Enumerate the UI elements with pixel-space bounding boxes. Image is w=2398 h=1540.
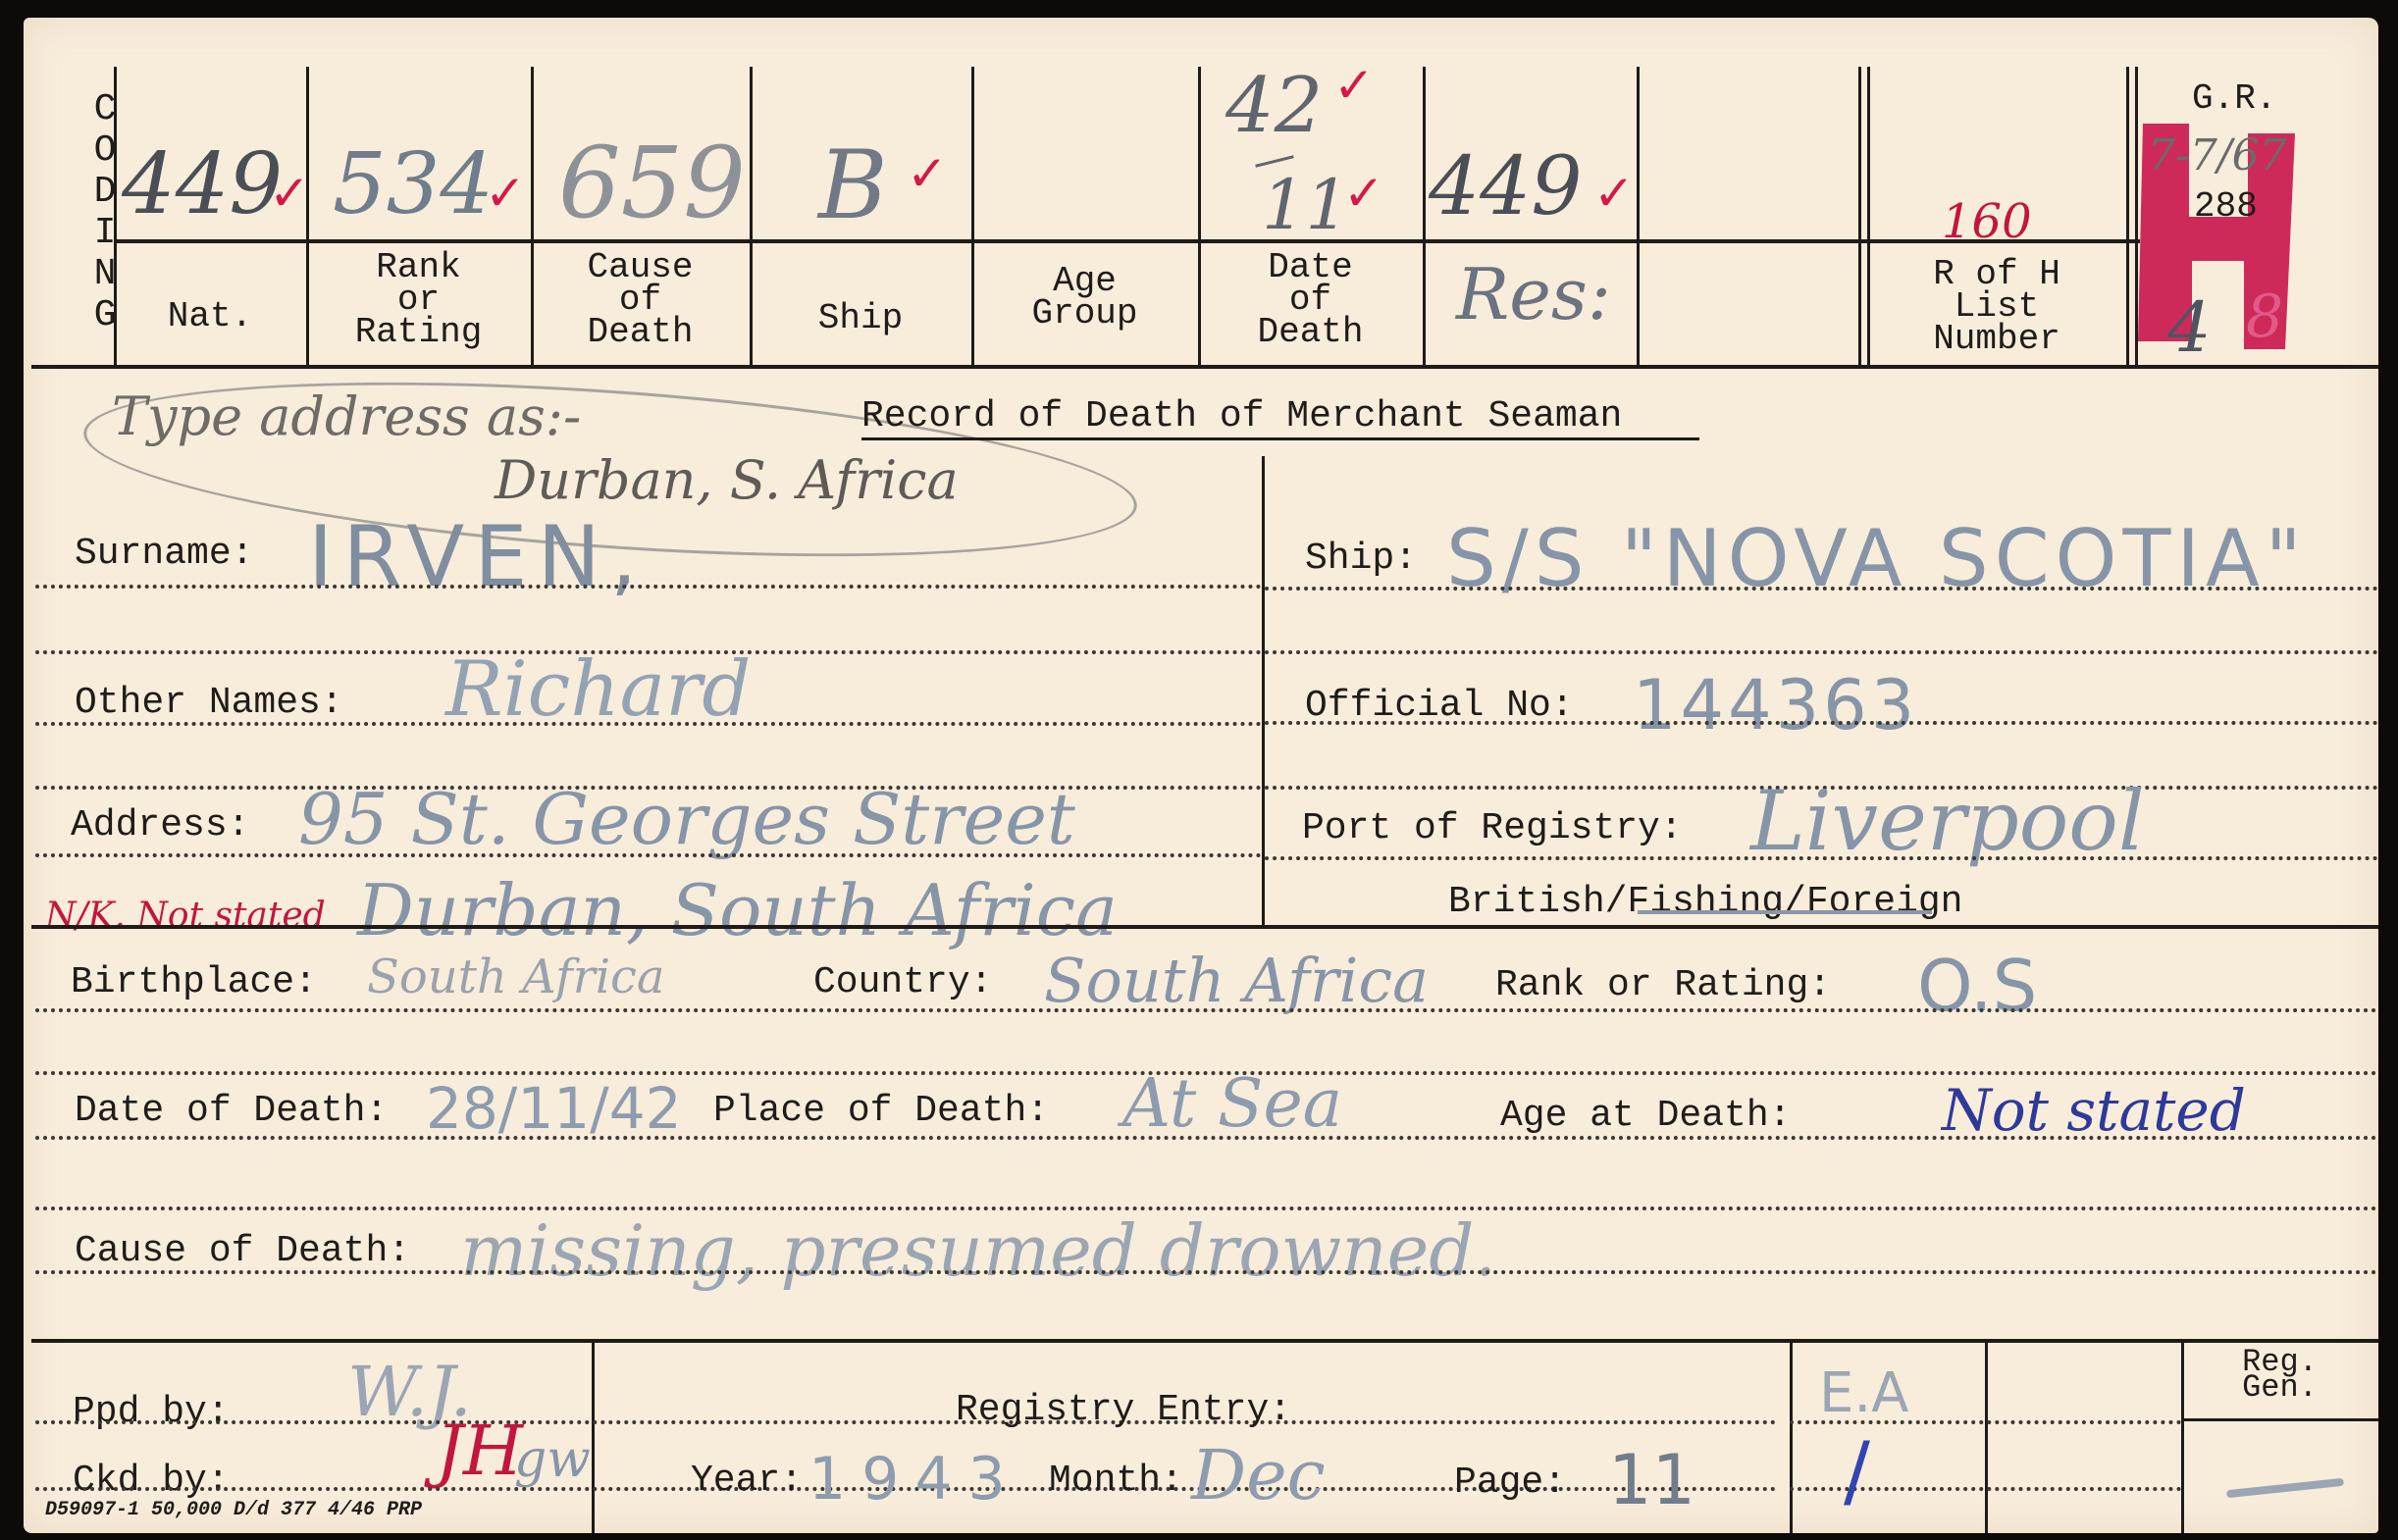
ea-slash: / [1844,1425,1870,1516]
ckd-by-label: Ckd by: [73,1460,230,1502]
address-label: Address: [71,804,249,847]
record-card: C O D I N G 449 ✓ 534 ✓ 659 B ✓ 42 ✓ 11 … [24,18,2378,1533]
coding-divider [1423,67,1426,366]
coding-divider [1637,67,1640,366]
country-value: South Africa [1044,945,1429,1016]
date-of-death-label: Date of Death: [75,1090,388,1132]
rank-or-rating-label: Rank or Rating: [1495,964,1831,1006]
dotted-rule [35,1270,2378,1274]
gr-label: G.R. [2192,78,2276,119]
ppd-by-label: Ppd by: [73,1391,230,1433]
coding-mid-line [114,239,2140,243]
header-nat: Nat. [114,273,306,361]
port-of-registry-value: Liverpool [1750,773,2145,869]
ea-value: E.A [1819,1361,1909,1425]
header-age-group: Age Group [971,265,1198,330]
check-mark-icon: ✓ [1593,165,1635,222]
place-of-death-value: At Sea [1122,1065,1342,1143]
surname-value: IRVEN, [308,508,647,606]
header-rank: Rank or Rating [306,251,531,348]
address-red-note: N/K. Not stated [45,896,326,936]
coding-nat-value: 449 [122,135,283,233]
country-label: Country: [813,961,992,1003]
page-label: Page: [1454,1462,1566,1504]
header-date-of-death: Date of Death [1198,251,1423,348]
cause-of-death-label: Cause of Death: [75,1230,410,1272]
official-no-value: 144363 [1633,665,1918,745]
registry-entry-label: Registry Entry: [956,1389,1291,1431]
dotted-rule [35,722,1262,726]
year-label: Year: [691,1460,803,1502]
coding-cause-value: 659 [558,126,746,240]
footer-divider [592,1339,595,1533]
r-of-h-list-number-value: 160 [1942,194,2032,249]
month-label: Month: [1049,1460,1183,1502]
footer-divider [1790,1339,1793,1533]
year-value: 1943 [808,1445,1021,1514]
vessel-type-options: British/Fishing/Foreign [1448,881,1963,923]
dotted-rule [35,1420,1777,1424]
check-mark-icon: ✓ [269,165,310,222]
dotted-rule [1265,721,2378,725]
header-res-handwritten: Res: [1456,253,1611,335]
place-of-death-label: Place of Death: [713,1090,1049,1132]
check-mark-icon: ✓ [907,145,948,202]
page-title: Record of Death of Merchant Seaman [861,395,1622,437]
annotation-line-1: Type address as:- [112,385,581,447]
gr-red-annotation: 8 [2246,282,2283,351]
reg-gen-dash [2226,1478,2344,1498]
dotted-rule [35,1008,2378,1012]
birthplace-label: Birthplace: [71,961,317,1003]
gr-annotation: 7-7/67 [2148,130,2287,180]
footer-top-line [31,1339,2378,1343]
age-at-death-label: Age at Death: [1500,1095,1791,1137]
check-mark-icon: ✓ [1343,165,1384,222]
coding-res-value: 449 [1429,140,1583,233]
footer-divider [1985,1339,1988,1533]
age-at-death-value: Not stated [1942,1077,2246,1144]
coding-date-year-value: 42 [1225,62,1323,150]
ship-label: Ship: [1305,538,1417,580]
dotted-rule [1265,587,2378,590]
dotted-rule [1265,650,2378,654]
birthplace-value: South Africa [367,950,665,1004]
coding-divider [2126,67,2129,366]
strikethrough-line [1638,910,1932,914]
reg-gen-label: Reg. Gen. [2181,1350,2378,1401]
address-line-2: Durban, South Africa [357,869,1118,951]
date-of-death-value: 28/11/42 [426,1075,682,1142]
coding-bottom-line [31,365,2378,369]
dotted-rule [1265,856,2378,860]
check-mark-icon: ✓ [1333,57,1375,114]
coding-divider [1858,67,1861,366]
page-value: 11 [1608,1440,1695,1520]
title-underline [861,437,1699,440]
rank-or-rating-value: O.S [1917,945,2037,1027]
month-value: Dec [1191,1435,1326,1515]
coding-ship-value: B [818,130,888,240]
ship-value: S/S "NOVA SCOTIA" [1446,513,2308,604]
cause-of-death-value: missing, presumed drowned. [460,1209,1496,1292]
address-line-1: 95 St. Georges Street [298,778,1075,860]
ckd-by-value: JH [436,1411,523,1491]
coding-date-month-value: 11 [1262,165,1349,245]
gr-handwritten-bottom: 4 [2167,287,2212,368]
reg-gen-underline [2181,1418,2378,1421]
header-r-of-h-list-number: R of H List Number [1867,258,2126,355]
check-mark-icon: ✓ [485,165,526,222]
surname-label: Surname: [75,533,253,575]
coding-rank-value: 534 [333,135,494,233]
other-names-label: Other Names: [75,682,343,724]
port-of-registry-label: Port of Registry: [1302,807,1683,849]
dotted-rule [35,1136,2378,1140]
header-cause: Cause of Death [531,251,750,348]
section-line [31,925,2378,929]
form-code: D59097-1 50,000 D/d 377 4/46 PRP [45,1499,422,1521]
ckd-by-value-2: gw [514,1430,591,1489]
dotted-rule [35,585,1262,589]
annotation-line-2: Durban, S. Africa [495,449,959,511]
gr-number: 288 [2194,186,2258,227]
dotted-rule [35,853,1262,857]
header-ship: Ship [750,302,971,334]
other-names-value: Richard [445,645,751,734]
